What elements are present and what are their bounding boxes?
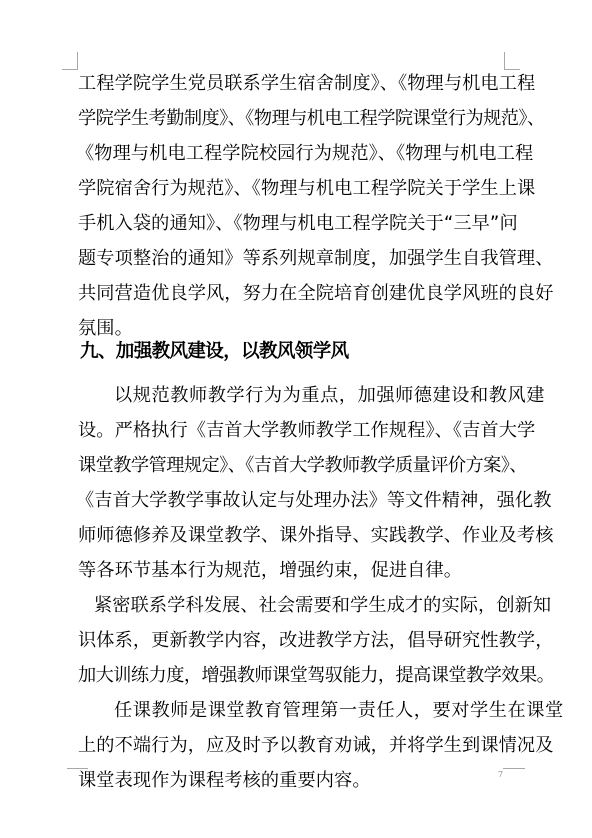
text-line: 上的不端行为，应及时予以教育劝诫，并将学生到课情况及 — [78, 734, 553, 758]
text-line: 氛围。 — [78, 317, 133, 341]
text-line: 加大训练力度，增强教师课堂驾驭能力，提高课堂教学效果。 — [78, 664, 554, 688]
text-line: 识体系，更新教学内容，改进教学方法，倡导研究性教学， — [78, 629, 553, 653]
text-line: 《吉首大学教学事故认定与处理办法》等文件精神，强化教 — [76, 489, 551, 513]
crop-mark-top-right-horizontal — [504, 69, 520, 70]
crop-mark-top-left-horizontal — [62, 69, 78, 70]
text-line: 共同营造优良学风，努力在全院培育创建优良学风班的良好 — [78, 282, 553, 306]
text-line: 学院宿舍行为规范》、《物理与机电工程学院关于学生上课 — [78, 177, 535, 201]
text-line: 题专项整治的通知》等系列规章制度，加强学生自我管理、 — [78, 247, 553, 271]
text-line: 设。严格执行《吉首大学教师教学工作规程》、《吉首大学 — [78, 419, 535, 443]
text-line: 师师德修养及课堂教学、课外指导、实践教学、作业及考核 — [78, 524, 553, 548]
text-line: 《物理与机电工程学院校园行为规范》、《物理与机电工程 — [76, 142, 533, 166]
text-line: 学院学生考勤制度》、《物理与机电工程学院课堂行为规范》、 — [78, 107, 545, 131]
section-heading: 九、加强教风建设，以教风领学风 — [80, 340, 349, 364]
document-page: 工程学院学生党员联系学生宿舍制度》、《物理与机电工程 学院学生考勤制度》、《物理… — [0, 0, 592, 838]
text-line: 等各环节基本行为规范，增强约束，促进自律。 — [78, 559, 462, 583]
crop-mark-top-left-vertical — [77, 52, 78, 70]
text-line: 课堂教学管理规定》、《吉首大学教师教学质量评价方案》、 — [78, 454, 527, 478]
text-line: 课堂表现作为课程考核的重要内容。 — [78, 769, 371, 793]
text-line: 手机入袋的通知》、《物理与机电工程学院关于“三早”问 — [78, 212, 518, 236]
text-line: 任课教师是课堂教育管理第一责任人，要对学生在课堂 — [114, 699, 564, 723]
page-number: 7 — [498, 770, 503, 780]
text-line: 工程学院学生党员联系学生宿舍制度》、《物理与机电工程 — [78, 72, 535, 96]
crop-mark-bottom-right-horizontal — [503, 768, 525, 769]
text-line: 紧密联系学科发展、社会需要和学生成才的实际，创新知 — [94, 594, 551, 618]
text-line: 以规范教师教学行为为重点，加强师德建设和教风建 — [114, 384, 545, 408]
crop-mark-top-right-vertical — [504, 52, 505, 70]
